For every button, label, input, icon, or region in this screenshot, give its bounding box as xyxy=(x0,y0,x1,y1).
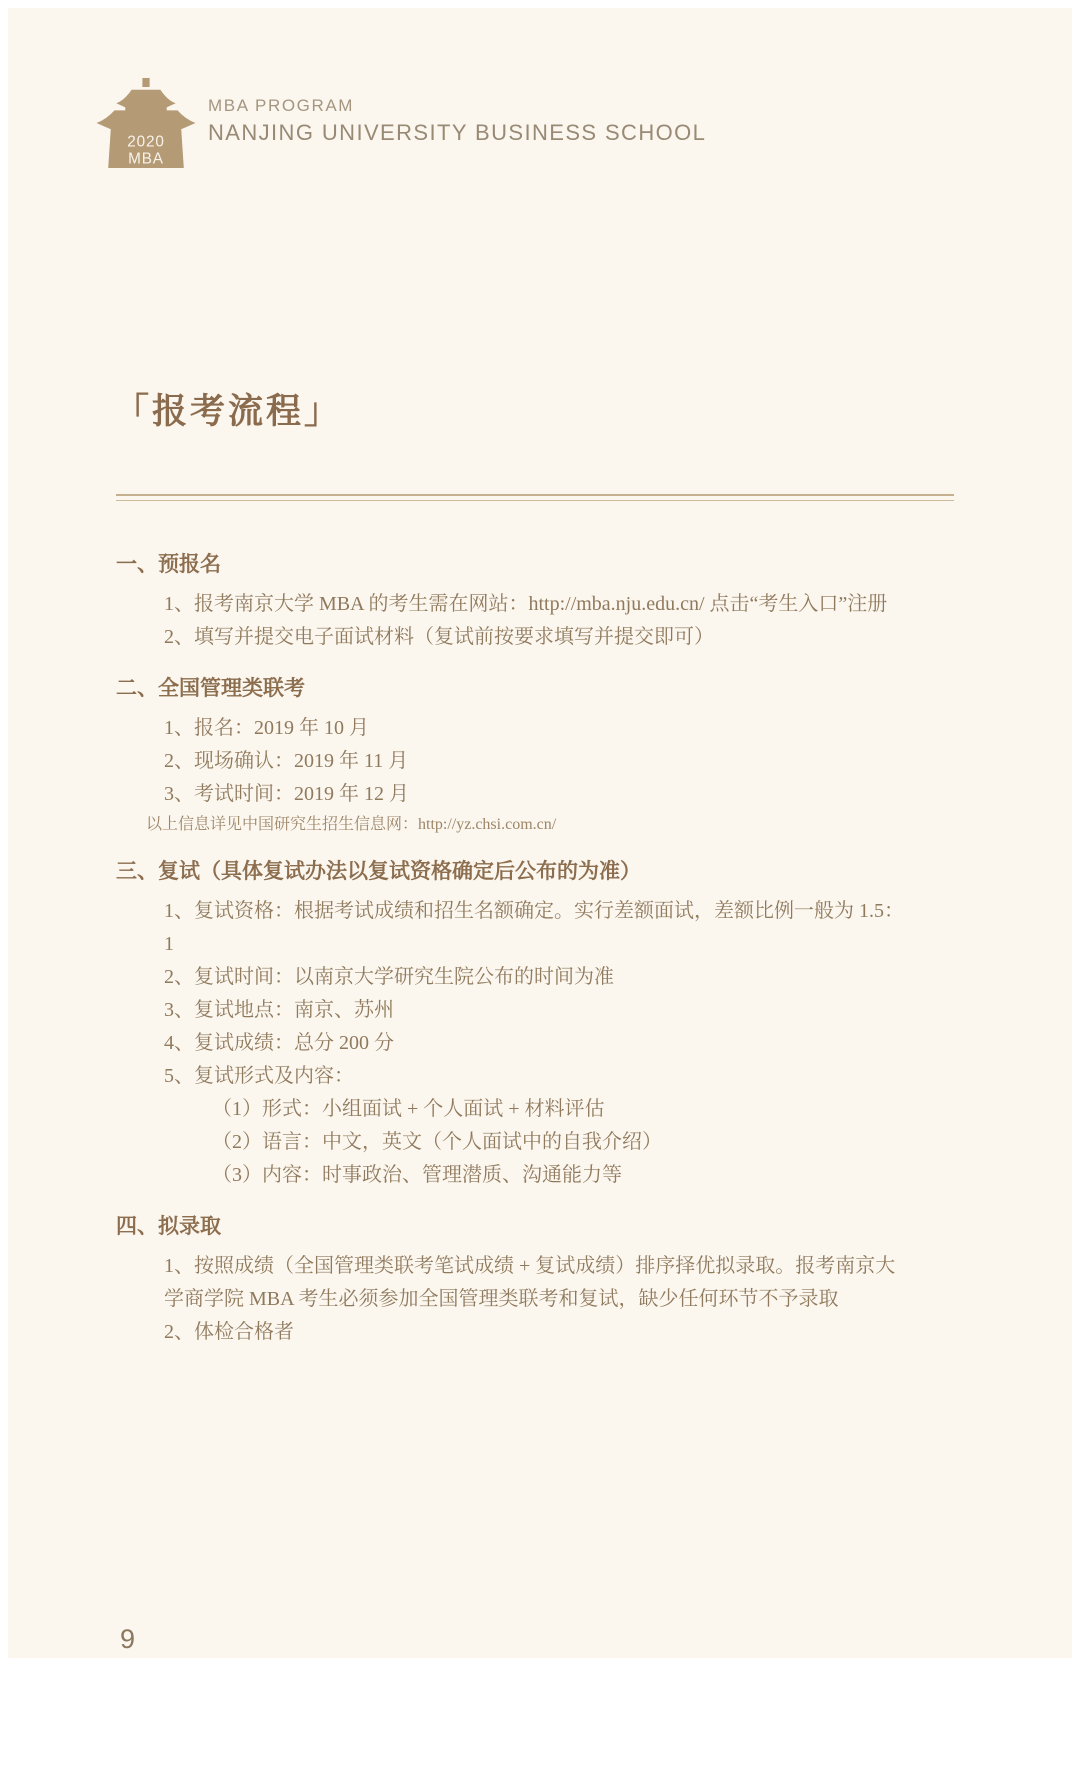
list-item: 2、现场确认：2019 年 11 月 xyxy=(116,745,912,778)
sub-list-item: （1）形式：小组面试 + 个人面试 + 材料评估 xyxy=(116,1093,912,1126)
content: 一、预报名1、报考南京大学 MBA 的考生需在网站：http://mba.nju… xyxy=(116,550,986,1349)
list-item: 3、复试地点：南京、苏州 xyxy=(116,994,912,1027)
brochure-page: 2020 MBA MBA PROGRAM NANJING UNIVERSITY … xyxy=(8,8,1072,1658)
section-heading: 二、全国管理类联考 xyxy=(116,674,986,702)
list-item: 1、按照成绩（全国管理类联考笔试成绩 + 复试成绩）排序择优拟录取。报考南京大学… xyxy=(116,1250,912,1316)
list-item: 3、考试时间：2019 年 12 月 xyxy=(116,778,912,811)
school-name: NANJING UNIVERSITY BUSINESS SCHOOL xyxy=(208,120,706,146)
title-divider xyxy=(116,494,954,501)
page-number: 9 xyxy=(120,1624,135,1655)
page-title: 「报考流程」 xyxy=(114,384,342,434)
section-heading: 一、预报名 xyxy=(116,550,986,578)
sub-list-item: （2）语言：中文，英文（个人面试中的自我介绍） xyxy=(116,1126,912,1159)
list-item: 4、复试成绩：总分 200 分 xyxy=(116,1027,912,1060)
school-logo: 2020 MBA xyxy=(95,78,197,168)
list-item: 2、体检合格者 xyxy=(116,1316,912,1349)
list-item: 2、复试时间：以南京大学研究生院公布的时间为准 xyxy=(116,961,912,994)
section-heading: 三、复试（具体复试办法以复试资格确定后公布的为准） xyxy=(116,857,986,885)
sub-list-item: （3）内容：时事政治、管理潜质、沟通能力等 xyxy=(116,1159,912,1192)
header: MBA PROGRAM NANJING UNIVERSITY BUSINESS … xyxy=(208,96,706,146)
section-note: 以上信息详见中国研究生招生信息网：http://yz.chsi.com.cn/ xyxy=(116,813,986,837)
list-item: 1、报名：2019 年 10 月 xyxy=(116,712,912,745)
building-logo-icon: 2020 MBA xyxy=(95,78,197,168)
list-item: 1、报考南京大学 MBA 的考生需在网站：http://mba.nju.edu.… xyxy=(116,588,912,621)
list-item: 2、填写并提交电子面试材料（复试前按要求填写并提交即可） xyxy=(116,621,912,654)
logo-year-text: 2020 xyxy=(127,133,165,150)
logo-mba-text: MBA xyxy=(128,151,164,168)
program-label: MBA PROGRAM xyxy=(208,96,706,116)
list-item: 5、复试形式及内容： xyxy=(116,1060,912,1093)
section-heading: 四、拟录取 xyxy=(116,1212,986,1240)
list-item: 1、复试资格：根据考试成绩和招生名额确定。实行差额面试，差额比例一般为 1.5：… xyxy=(116,895,912,961)
